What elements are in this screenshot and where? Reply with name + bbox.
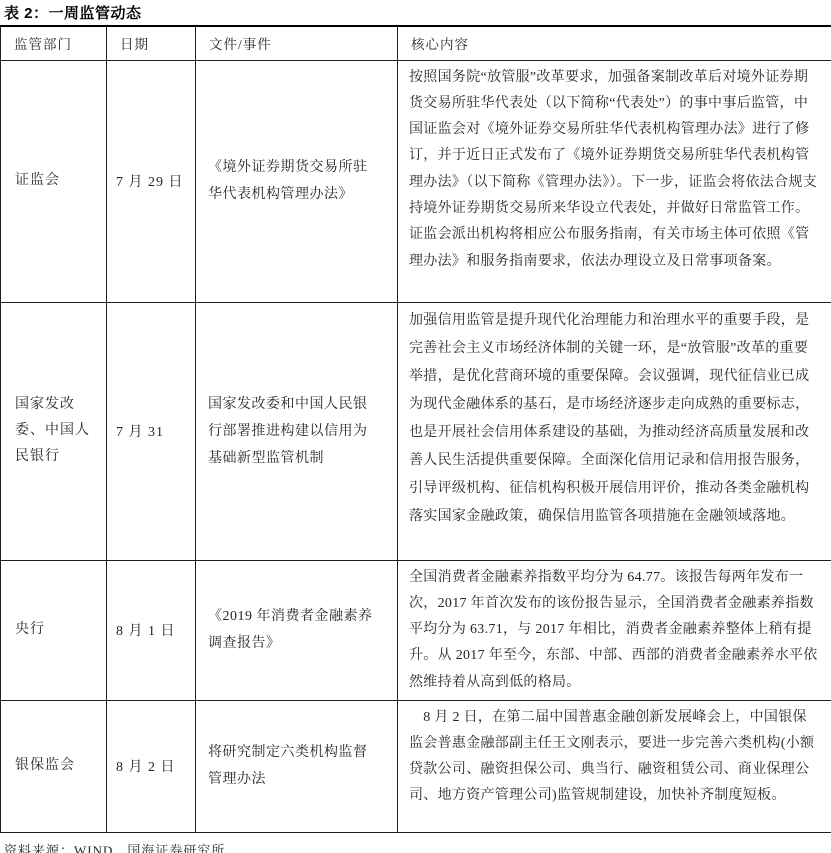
col-header-department: 监管部门 (1, 26, 107, 60)
table-title: 表 2：一周监管动态 (0, 0, 831, 25)
cell-event: 《2019 年消费者金融素养调查报告》 (196, 560, 398, 700)
cell-department: 国家发改委、中国人民银行 (1, 302, 107, 560)
cell-department: 证监会 (1, 60, 107, 302)
cell-department: 银保监会 (1, 700, 107, 832)
cell-content: 按照国务院“放管服”改革要求，加强备案制改革后对境外证券期货交易所驻华代表处（以… (398, 60, 831, 302)
cell-date: 7 月 31 (107, 302, 196, 560)
table-row-csrc: 证监会 7 月 29 日 《境外证券期货交易所驻华代表机构管理办法》 按照国务院… (1, 60, 831, 302)
table-header-row: 监管部门 日期 文件/事件 核心内容 (1, 26, 831, 60)
cell-date: 8 月 1 日 (107, 560, 196, 700)
cell-date: 7 月 29 日 (107, 60, 196, 302)
cell-content: 8 月 2 日，在第二届中国普惠金融创新发展峰会上，中国银保监会普惠金融部副主任… (398, 700, 831, 832)
cell-event: 国家发改委和中国人民银行部署推进构建以信用为基础新型监管机制 (196, 302, 398, 560)
col-header-content: 核心内容 (398, 26, 831, 60)
cell-department: 央行 (1, 560, 107, 700)
cell-event: 《境外证券期货交易所驻华代表机构管理办法》 (196, 60, 398, 302)
cell-event: 将研究制定六类机构监督管理办法 (196, 700, 398, 832)
table-row-pboc: 央行 8 月 1 日 《2019 年消费者金融素养调查报告》 全国消费者金融素养… (1, 560, 831, 700)
cell-content: 全国消费者金融素养指数平均分为 64.77。该报告每两年发布一次，2017 年首… (398, 560, 831, 700)
table-row-cbirc: 银保监会 8 月 2 日 将研究制定六类机构监督管理办法 8 月 2 日，在第二… (1, 700, 831, 832)
col-header-event: 文件/事件 (196, 26, 398, 60)
report-table-section: 表 2：一周监管动态 监管部门 日期 文件/事件 核心内容 证监会 7 月 29… (0, 0, 831, 853)
regulation-table: 监管部门 日期 文件/事件 核心内容 证监会 7 月 29 日 《境外证券期货交… (0, 25, 831, 833)
data-source-note: 资料来源：WIND、国海证券研究所 (0, 833, 831, 853)
cell-date: 8 月 2 日 (107, 700, 196, 832)
col-header-date: 日期 (107, 26, 196, 60)
table-row-ndrc-pboc: 国家发改委、中国人民银行 7 月 31 国家发改委和中国人民银行部署推进构建以信… (1, 302, 831, 560)
cell-content: 加强信用监管是提升现代化治理能力和治理水平的重要手段，是完善社会主义市场经济体制… (398, 302, 831, 560)
